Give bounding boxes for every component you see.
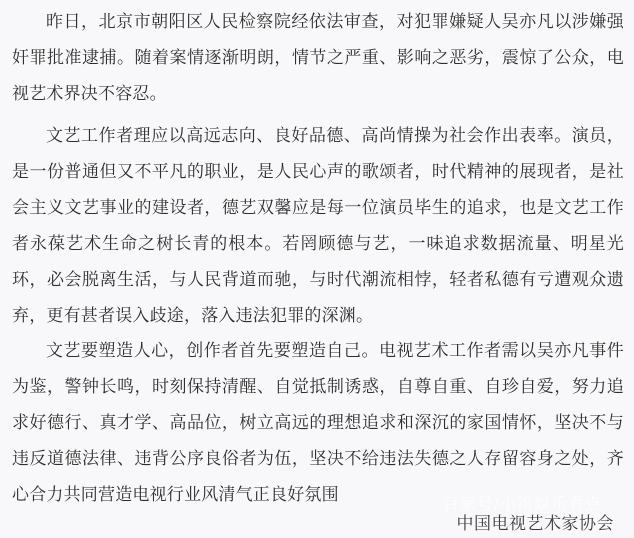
paragraph-3: 文艺要塑造人心，创作者首先要塑造自己。电视艺术工作者需以吴亦凡事件为鉴，警钟长鸣… (12, 333, 624, 513)
signature: 中国电视艺术家协会 (457, 512, 615, 536)
watermark: 百家号/小笛娱乐看点 (443, 494, 602, 514)
paragraph-1: 昨日，北京市朝阳区人民检察院经依法审查，对犯罪嫌疑人吴亦凡以涉嫌强奸罪批准逮捕。… (12, 4, 624, 112)
paragraph-2: 文艺工作者理应以高远志向、良好品德、高尚情操为社会作出表率。演员，是一份普通但又… (12, 118, 624, 334)
